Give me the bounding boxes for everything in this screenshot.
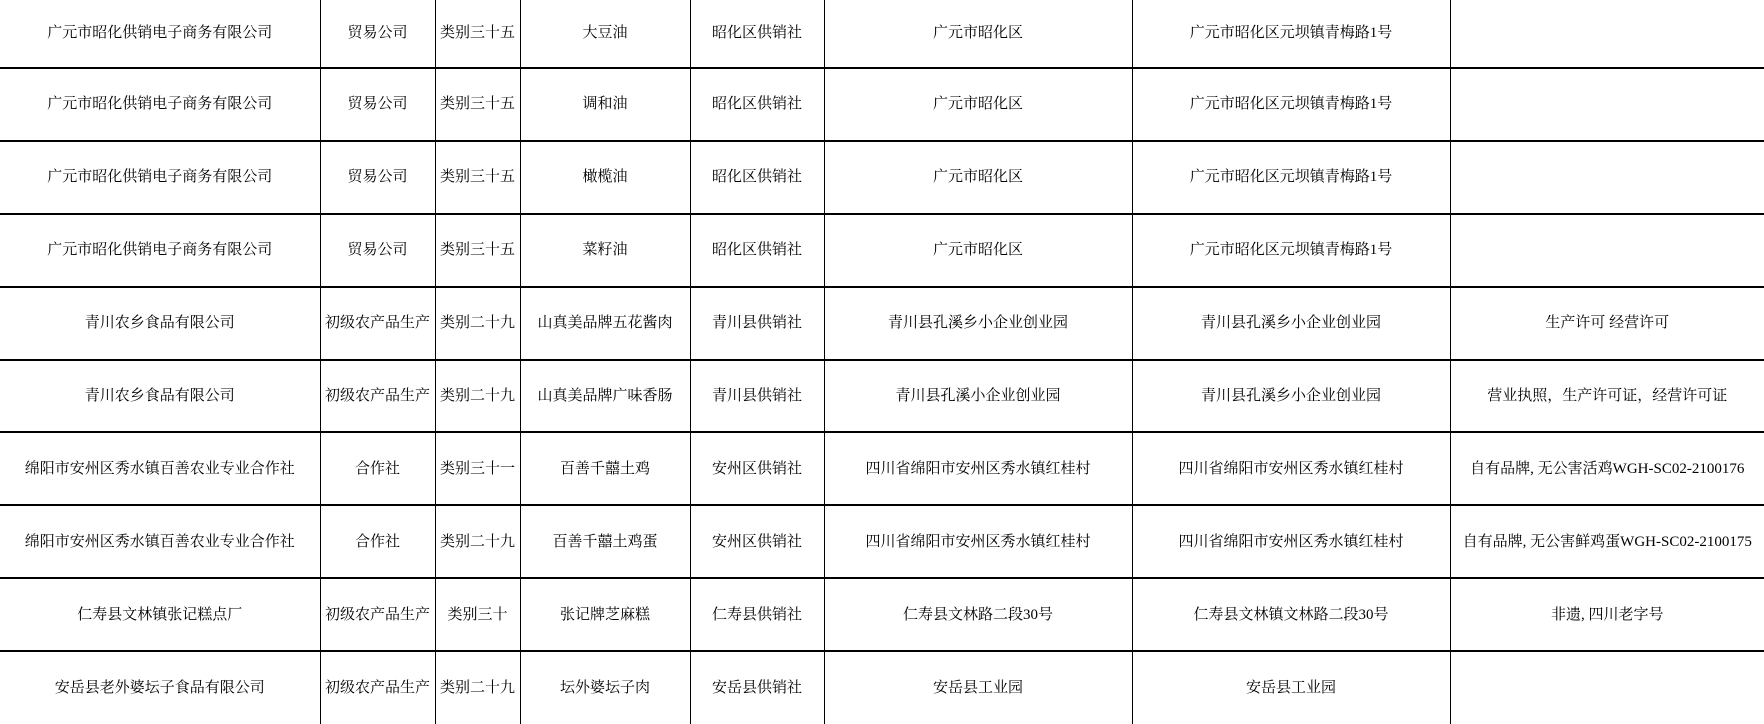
cell-product-name: 坛外婆坛子肉 — [520, 651, 690, 724]
cell-company-name: 青川农乡食品有限公司 — [0, 287, 320, 360]
cell-company-name: 青川农乡食品有限公司 — [0, 360, 320, 433]
cell-entity-type: 初级农产品生产 — [320, 651, 435, 724]
cell-production-place: 青川县孔溪乡小企业创业园 — [824, 287, 1132, 360]
table-row: 青川农乡食品有限公司初级农产品生产类别二十九山真美品牌广味香肠青川县供销社青川县… — [0, 360, 1764, 433]
table-row: 仁寿县文林镇张记糕点厂初级农产品生产类别三十张记牌芝麻糕仁寿县供销社仁寿县文林路… — [0, 578, 1764, 651]
cell-address: 四川省绵阳市安州区秀水镇红桂村 — [1132, 505, 1450, 578]
cell-product-name: 百善千囍土鸡蛋 — [520, 505, 690, 578]
cell-production-place: 广元市昭化区 — [824, 68, 1132, 141]
cell-trademark-category: 类别二十九 — [435, 360, 520, 433]
table-row: 广元市昭化供销电子商务有限公司贸易公司类别三十五大豆油昭化区供销社广元市昭化区广… — [0, 0, 1764, 68]
cell-product-name: 调和油 — [520, 68, 690, 141]
cell-production-place: 广元市昭化区 — [824, 0, 1132, 68]
cell-production-place: 四川省绵阳市安州区秀水镇红桂村 — [824, 432, 1132, 505]
cell-production-place: 广元市昭化区 — [824, 214, 1132, 287]
cell-address: 青川县孔溪乡小企业创业园 — [1132, 360, 1450, 433]
cell-supply-cooperative: 昭化区供销社 — [690, 214, 824, 287]
cell-address: 广元市昭化区元坝镇青梅路1号 — [1132, 141, 1450, 214]
cell-company-name: 仁寿县文林镇张记糕点厂 — [0, 578, 320, 651]
table-row: 广元市昭化供销电子商务有限公司贸易公司类别三十五橄榄油昭化区供销社广元市昭化区广… — [0, 141, 1764, 214]
cell-company-name: 广元市昭化供销电子商务有限公司 — [0, 141, 320, 214]
cell-production-place: 安岳县工业园 — [824, 651, 1132, 724]
cell-entity-type: 初级农产品生产 — [320, 360, 435, 433]
cell-trademark-category: 类别二十九 — [435, 651, 520, 724]
cell-supply-cooperative: 昭化区供销社 — [690, 68, 824, 141]
cell-entity-type: 贸易公司 — [320, 214, 435, 287]
cell-certification-note: 生产许可 经营许可 — [1450, 287, 1764, 360]
cell-production-place: 青川县孔溪小企业创业园 — [824, 360, 1132, 433]
cell-supply-cooperative: 青川县供销社 — [690, 360, 824, 433]
cell-product-name: 大豆油 — [520, 0, 690, 68]
cell-production-place: 四川省绵阳市安州区秀水镇红桂村 — [824, 505, 1132, 578]
cell-entity-type: 贸易公司 — [320, 0, 435, 68]
table-row: 青川农乡食品有限公司初级农产品生产类别二十九山真美品牌五花酱肉青川县供销社青川县… — [0, 287, 1764, 360]
cell-production-place: 广元市昭化区 — [824, 141, 1132, 214]
cell-product-name: 张记牌芝麻糕 — [520, 578, 690, 651]
products-table: 广元市昭化供销电子商务有限公司贸易公司类别三十五大豆油昭化区供销社广元市昭化区广… — [0, 0, 1764, 724]
cell-certification-note: 营业执照，生产许可证，经营许可证 — [1450, 360, 1764, 433]
cell-company-name: 广元市昭化供销电子商务有限公司 — [0, 214, 320, 287]
cell-supply-cooperative: 昭化区供销社 — [690, 141, 824, 214]
cell-supply-cooperative: 仁寿县供销社 — [690, 578, 824, 651]
cell-trademark-category: 类别二十九 — [435, 505, 520, 578]
cell-certification-note: 自有品牌, 无公害鲜鸡蛋WGH-SC02-2100175 — [1450, 505, 1764, 578]
cell-product-name: 百善千囍土鸡 — [520, 432, 690, 505]
cell-certification-note — [1450, 141, 1764, 214]
cell-address: 广元市昭化区元坝镇青梅路1号 — [1132, 0, 1450, 68]
cell-address: 青川县孔溪乡小企业创业园 — [1132, 287, 1450, 360]
cell-address: 四川省绵阳市安州区秀水镇红桂村 — [1132, 432, 1450, 505]
cell-supply-cooperative: 安岳县供销社 — [690, 651, 824, 724]
cell-address: 仁寿县文林镇文林路二段30号 — [1132, 578, 1450, 651]
cell-trademark-category: 类别三十五 — [435, 0, 520, 68]
cell-company-name: 安岳县老外婆坛子食品有限公司 — [0, 651, 320, 724]
cell-certification-note — [1450, 68, 1764, 141]
cell-entity-type: 初级农产品生产 — [320, 287, 435, 360]
table-body: 广元市昭化供销电子商务有限公司贸易公司类别三十五大豆油昭化区供销社广元市昭化区广… — [0, 0, 1764, 724]
cell-company-name: 绵阳市安州区秀水镇百善农业专业合作社 — [0, 505, 320, 578]
cell-address: 广元市昭化区元坝镇青梅路1号 — [1132, 68, 1450, 141]
cell-supply-cooperative: 安州区供销社 — [690, 432, 824, 505]
cell-company-name: 绵阳市安州区秀水镇百善农业专业合作社 — [0, 432, 320, 505]
cell-certification-note: 自有品牌, 无公害活鸡WGH-SC02-2100176 — [1450, 432, 1764, 505]
cell-entity-type: 贸易公司 — [320, 141, 435, 214]
document-sheet: 广元市昭化供销电子商务有限公司贸易公司类别三十五大豆油昭化区供销社广元市昭化区广… — [0, 0, 1764, 724]
cell-production-place: 仁寿县文林路二段30号 — [824, 578, 1132, 651]
cell-entity-type: 初级农产品生产 — [320, 578, 435, 651]
cell-entity-type: 合作社 — [320, 505, 435, 578]
cell-trademark-category: 类别三十五 — [435, 214, 520, 287]
cell-trademark-category: 类别三十五 — [435, 68, 520, 141]
cell-entity-type: 贸易公司 — [320, 68, 435, 141]
cell-certification-note — [1450, 651, 1764, 724]
cell-trademark-category: 类别三十一 — [435, 432, 520, 505]
cell-supply-cooperative: 昭化区供销社 — [690, 0, 824, 68]
table-row: 广元市昭化供销电子商务有限公司贸易公司类别三十五调和油昭化区供销社广元市昭化区广… — [0, 68, 1764, 141]
cell-product-name: 菜籽油 — [520, 214, 690, 287]
cell-supply-cooperative: 青川县供销社 — [690, 287, 824, 360]
cell-product-name: 橄榄油 — [520, 141, 690, 214]
cell-supply-cooperative: 安州区供销社 — [690, 505, 824, 578]
cell-trademark-category: 类别三十五 — [435, 141, 520, 214]
cell-product-name: 山真美品牌广味香肠 — [520, 360, 690, 433]
cell-address: 广元市昭化区元坝镇青梅路1号 — [1132, 214, 1450, 287]
cell-company-name: 广元市昭化供销电子商务有限公司 — [0, 0, 320, 68]
cell-product-name: 山真美品牌五花酱肉 — [520, 287, 690, 360]
table-row: 广元市昭化供销电子商务有限公司贸易公司类别三十五菜籽油昭化区供销社广元市昭化区广… — [0, 214, 1764, 287]
cell-trademark-category: 类别二十九 — [435, 287, 520, 360]
cell-address: 安岳县工业园 — [1132, 651, 1450, 724]
cell-certification-note: 非遗, 四川老字号 — [1450, 578, 1764, 651]
cell-certification-note — [1450, 214, 1764, 287]
cell-trademark-category: 类别三十 — [435, 578, 520, 651]
cell-entity-type: 合作社 — [320, 432, 435, 505]
table-row: 安岳县老外婆坛子食品有限公司初级农产品生产类别二十九坛外婆坛子肉安岳县供销社安岳… — [0, 651, 1764, 724]
cell-certification-note — [1450, 0, 1764, 68]
table-row: 绵阳市安州区秀水镇百善农业专业合作社合作社类别二十九百善千囍土鸡蛋安州区供销社四… — [0, 505, 1764, 578]
table-row: 绵阳市安州区秀水镇百善农业专业合作社合作社类别三十一百善千囍土鸡安州区供销社四川… — [0, 432, 1764, 505]
cell-company-name: 广元市昭化供销电子商务有限公司 — [0, 68, 320, 141]
